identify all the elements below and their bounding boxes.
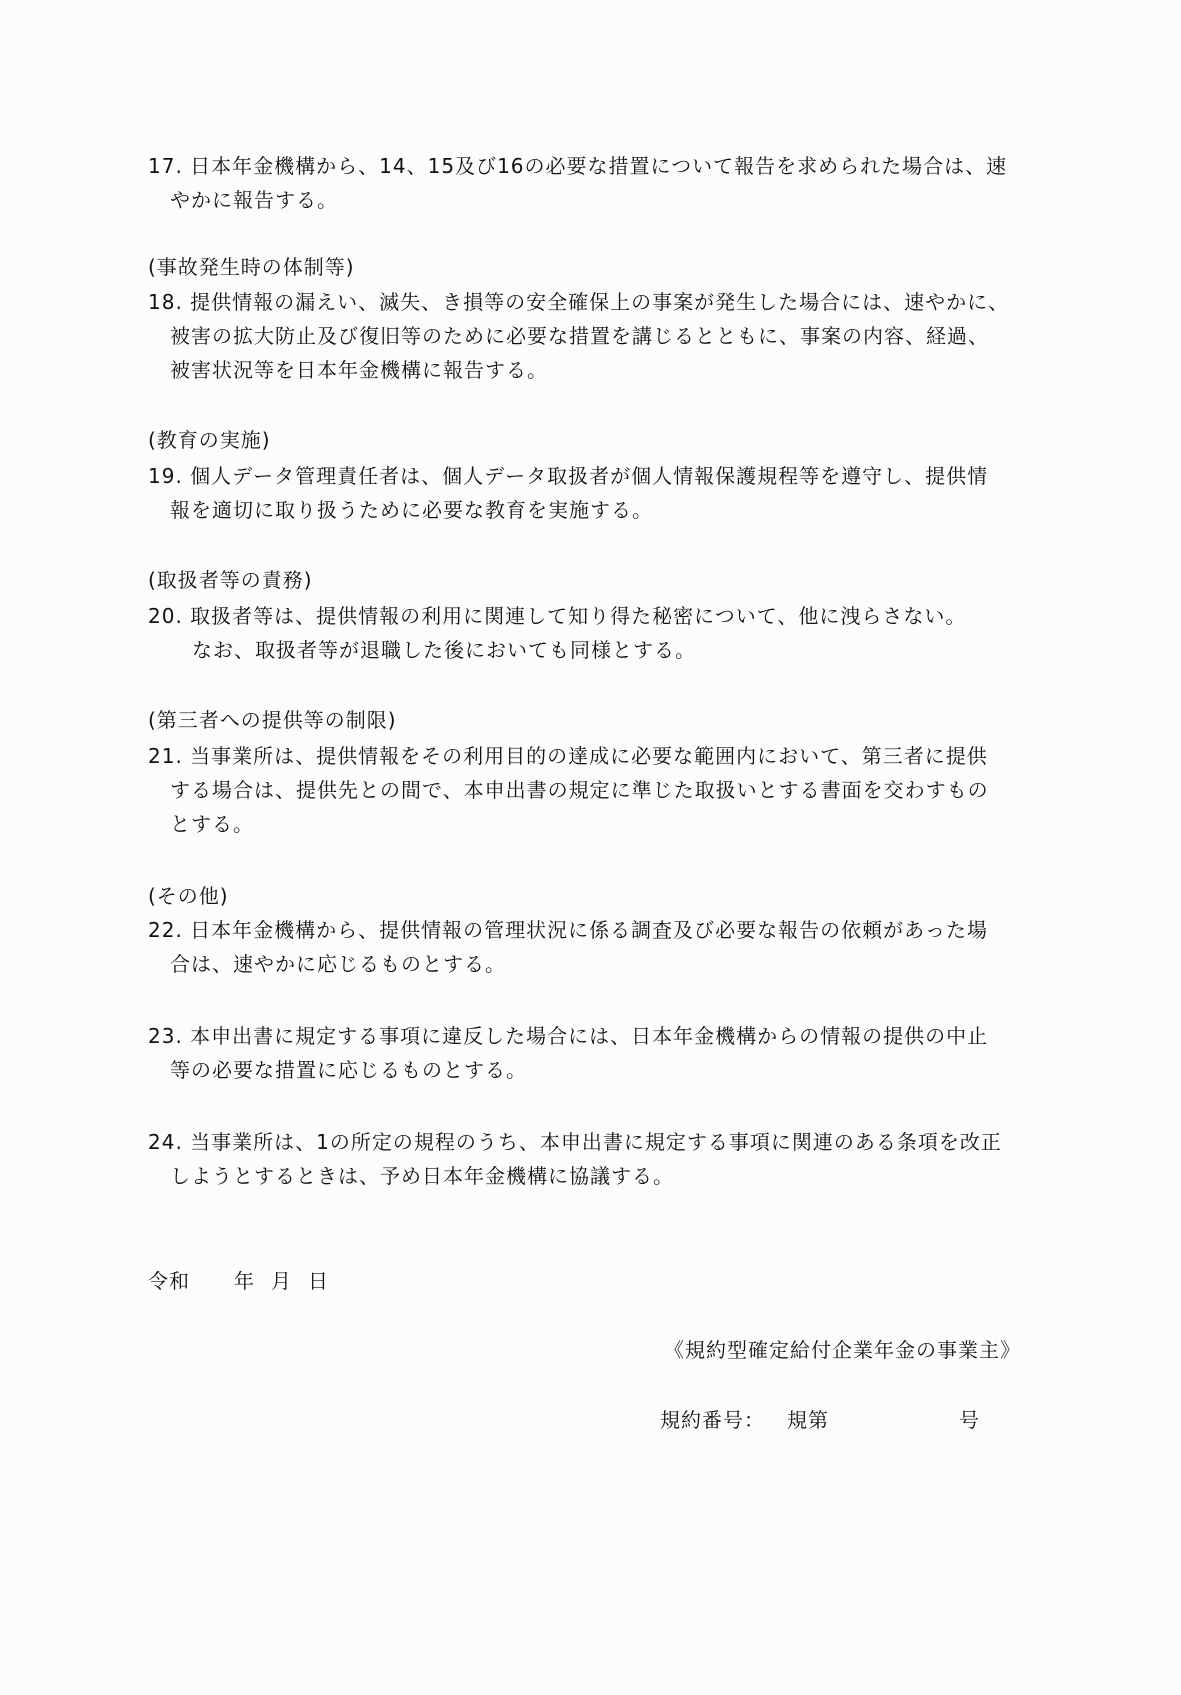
item-17-line-1: 17. 日本年金機構から、14、15及び16の必要な措置について報告を求められた… bbox=[148, 154, 1007, 178]
date-era: 令和 bbox=[148, 1269, 190, 1293]
item-22-line-2: 合は、速やかに応じるものとする。 bbox=[170, 952, 506, 976]
section-heading: (取扱者等の責務) bbox=[148, 568, 313, 592]
item-21-line-1: 21. 当事業所は、提供情報をその利用目的の達成に必要な範囲内において、第三者に… bbox=[148, 744, 988, 768]
plan-number-prefix: 規第 bbox=[787, 1408, 829, 1432]
item-17-line-2: やかに報告する。 bbox=[170, 188, 338, 212]
section-heading: (事故発生時の体制等) bbox=[148, 255, 355, 279]
section-heading: (教育の実施) bbox=[148, 428, 271, 452]
date-month-label: 月 bbox=[271, 1269, 292, 1293]
item-number: 18. bbox=[148, 290, 183, 314]
item-18-line-2: 被害の拡大防止及び復旧等のために必要な措置を講じるとともに、事案の内容、経過、 bbox=[170, 324, 989, 348]
item-24-line-1: 24. 当事業所は、1の所定の規程のうち、本申出書に規定する事項に関連のある条項… bbox=[148, 1130, 1002, 1154]
item-23-line-2: 等の必要な措置に応じるものとする。 bbox=[170, 1058, 527, 1082]
item-number: 23. bbox=[148, 1024, 183, 1048]
item-18-line-1: 18. 提供情報の漏えい、滅失、き損等の安全確保上の事案が発生した場合には、速や… bbox=[148, 290, 1009, 314]
date-line: 令和年月日 bbox=[148, 1269, 329, 1293]
item-20-line-1: 20. 取扱者等は、提供情報の利用に関連して知り得た秘密について、他に洩らさない… bbox=[148, 604, 966, 628]
item-19-line-1: 19. 個人データ管理責任者は、個人データ取扱者が個人情報保護規程等を遵守し、提… bbox=[148, 464, 988, 488]
item-number: 21. bbox=[148, 744, 183, 768]
item-number: 17. bbox=[148, 154, 183, 178]
item-20-line-2: なお、取扱者等が退職した後においても同様とする。 bbox=[192, 638, 696, 662]
item-19-line-2: 報を適切に取り扱うために必要な教育を実施する。 bbox=[170, 498, 653, 522]
section-heading: (その他) bbox=[148, 884, 229, 908]
item-24-line-2: しようとするときは、予め日本年金機構に協議する。 bbox=[170, 1164, 674, 1188]
plan-number-label: 規約番号： bbox=[660, 1408, 765, 1432]
date-day-label: 日 bbox=[308, 1269, 329, 1293]
section-heading: (第三者への提供等の制限) bbox=[148, 708, 397, 732]
item-number: 19. bbox=[148, 464, 183, 488]
document-page: 17. 日本年金機構から、14、15及び16の必要な措置について報告を求められた… bbox=[0, 0, 1181, 1695]
plan-number-line: 規約番号：規第号 bbox=[660, 1408, 980, 1432]
date-year-label: 年 bbox=[234, 1269, 255, 1293]
item-23-line-1: 23. 本申出書に規定する事項に違反した場合には、日本年金機構からの情報の提供の… bbox=[148, 1024, 988, 1048]
item-18-line-3: 被害状況等を日本年金機構に報告する。 bbox=[170, 358, 548, 382]
item-21-line-3: とする。 bbox=[170, 812, 254, 836]
item-number: 24. bbox=[148, 1130, 183, 1154]
item-number: 22. bbox=[148, 918, 183, 942]
item-number: 20. bbox=[148, 604, 183, 628]
signatory-title: 《規約型確定給付企業年金の事業主》 bbox=[664, 1338, 1021, 1362]
item-21-line-2: する場合は、提供先との間で、本申出書の規定に準じた取扱いとする書面を交わすもの bbox=[170, 778, 989, 802]
plan-number-suffix: 号 bbox=[959, 1408, 980, 1432]
item-22-line-1: 22. 日本年金機構から、提供情報の管理状況に係る調査及び必要な報告の依頼があっ… bbox=[148, 918, 988, 942]
